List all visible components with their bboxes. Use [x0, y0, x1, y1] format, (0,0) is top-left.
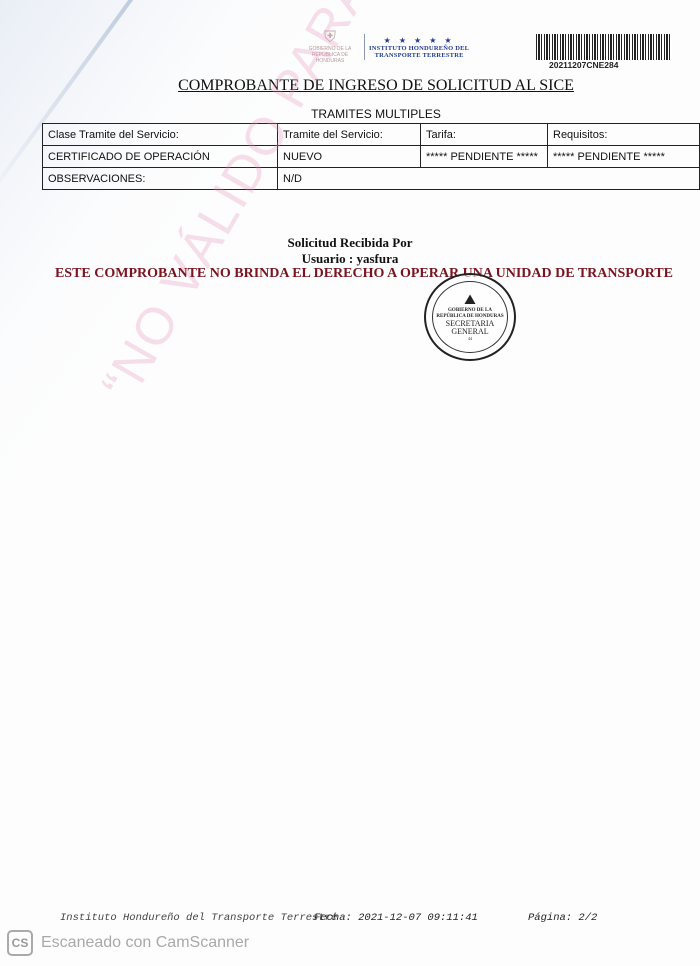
institute-name-line1: INSTITUTO HONDUREÑO DEL — [369, 45, 469, 52]
section-title: TRAMITES MULTIPLES — [0, 107, 700, 121]
official-seal: ⛰ GOBIERNO DE LA REPÚBLICA DE HONDURAS S… — [424, 273, 516, 361]
received-by-label: Solicitud Recibida Por — [0, 235, 700, 251]
request-info-table: Clase Tramite del Servicio: Tramite del … — [42, 123, 700, 190]
seal-line4: GENERAL — [451, 328, 488, 336]
seal-emblem-icon: ⛰ — [464, 294, 476, 308]
observations-value: N/D — [278, 168, 700, 190]
seal-number: 44 — [468, 336, 472, 341]
cell-requisitos: ***** PENDIENTE ***** — [548, 146, 700, 168]
camscanner-label: Escaneado con CamScanner — [41, 934, 249, 952]
logo-divider — [364, 34, 365, 60]
institute-name-line2: TRANSPORTE TERRESTRE — [369, 52, 469, 59]
document-title: COMPROBANTE DE INGRESO DE SOLICITUD AL S… — [0, 77, 700, 95]
seal-line1: GOBIERNO DE LA — [448, 308, 492, 314]
table-row: CERTIFICADO DE OPERACIÓN NUEVO ***** PEN… — [43, 146, 700, 168]
header-tarifa: Tarifa: — [421, 124, 548, 146]
table-header-row: Clase Tramite del Servicio: Tramite del … — [43, 124, 700, 146]
camscanner-badge: CS Escaneado con CamScanner — [7, 930, 249, 956]
stars-icon: ★ ★ ★ ★ ★ — [369, 36, 469, 45]
footer-page: Página: 2/2 — [528, 912, 597, 924]
seal-line3: SECRETARIA — [446, 320, 495, 328]
institute-logo: ★ ★ ★ ★ ★ INSTITUTO HONDUREÑO DEL TRANSP… — [369, 36, 469, 59]
warning-notice: ESTE COMPROBANTE NO BRINDA EL DERECHO A … — [0, 266, 700, 282]
cell-tramite-servicio: NUEVO — [278, 146, 421, 168]
footer-date: Fecha: 2021-12-07 09:11:41 — [314, 912, 478, 924]
cell-tarifa: ***** PENDIENTE ***** — [421, 146, 548, 168]
camscanner-logo-icon: CS — [7, 930, 33, 956]
received-by-user: Usuario : yasfura — [0, 251, 700, 267]
seal-line2: REPÚBLICA DE HONDURAS — [436, 314, 503, 320]
barcode-value: 20211207CNE284 — [549, 60, 618, 70]
footer-institute: Instituto Hondureño del Transporte Terre… — [60, 912, 337, 924]
header-requisitos: Requisitos: — [548, 124, 700, 146]
barcode — [536, 34, 672, 60]
observations-row: OBSERVACIONES: N/D — [43, 168, 700, 190]
